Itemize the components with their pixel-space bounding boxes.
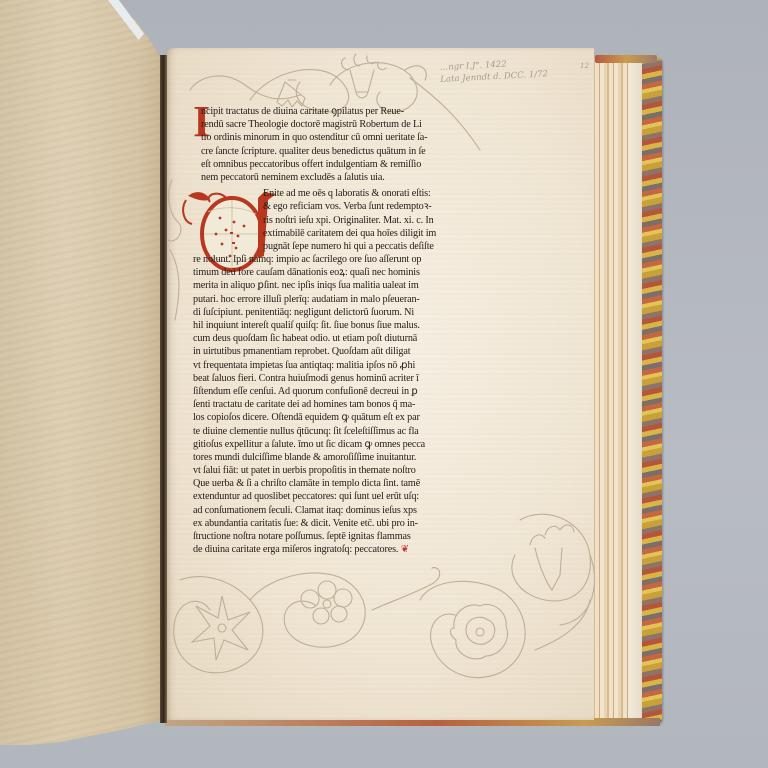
cover-top-edge [595,55,657,63]
final-text-line: de diuina caritate erga miſeros ingratoſ… [193,544,398,555]
page-block-edge [590,60,644,722]
text-line: ad conſumationem ſeculi. Clamat itaq: do… [193,504,481,517]
text-line: timum deū fore cauſam dānationis eoꝝ: qu… [193,266,481,279]
incipit-paragraph: ncipit tractatus de diuina caritate ꝯpil… [201,105,481,184]
book-gutter [160,55,167,723]
text-line: tio ordinis minorum in quo ostenditur cū… [201,131,481,144]
text-line: Que uerba & ſi a chriſto clamāte in temp… [193,477,481,490]
left-blank-page [0,0,163,745]
text-line: merita in aliquo ꝑſint. nec ipſis iniqs … [193,279,481,292]
text-line: los copioſos dicere. Oſtendā equidem ꝙ q… [193,411,481,424]
text-line: di ſuſcipiunt. penitentiāq: negligunt de… [193,306,481,319]
indented-lines-beside-initial: Enite ad me oēs q laboratis & onorati eſ… [193,187,481,253]
text-line: vt ſalui fiāt: ut patet in uerbis propoſ… [193,464,481,477]
text-line: ex abundantia caritatis ſue: & dicit. Ve… [193,517,481,530]
text-line: cum deus quoſdam ſic habeat odio. ut eti… [193,332,481,345]
text-line: de diuina caritate erga miſeros ingratoſ… [193,543,481,556]
sermon-body: Enite ad me oēs q laboratis & onorati eſ… [193,187,481,556]
text-line: ſtructione noſtra notare poſſumus. ſeptē… [193,530,481,543]
text-line: te diuine clementie nullus q̄tūcunq: ſit… [193,425,481,438]
text-line: re nolunt. Ipſi namq: impio ac ſacrilego… [193,253,481,266]
text-line: beat ſaluos fieri. Contra huiuſmodi genu… [193,372,481,385]
text-line: extimabilē caritatem dei qua hoīes dilig… [193,227,481,240]
text-line: ſenti tractatu de caritate dei ad homine… [193,398,481,411]
text-line: nem peccatorū neminem excludēs a ſalutis… [201,171,481,184]
text-line: cre ſancte ſcripture. qualiter deus bene… [201,145,481,158]
text-line: rendū sacre Theologie doctorē magistrū R… [201,118,481,131]
text-line: & ego reficiam vos. Verba ſunt redemptoꝛ… [193,200,481,213]
printed-text-block: ncipit tractatus de diuina caritate ꝯpil… [193,105,481,556]
text-line: putari. hoc errore illuſi plerīq: audati… [193,293,481,306]
text-line: Enite ad me oēs q laboratis & onorati eſ… [193,187,481,200]
text-line: ncipit tractatus de diuina caritate ꝯpil… [201,105,481,118]
text-line: extenduntur ad quoslibet peccatores: qui… [193,490,481,503]
text-line: pugnāt ſepe numero hi qui a peccatis deſ… [193,240,481,253]
text-line: ſiſtendum eſſe cenſui. Ad quorum confuſi… [193,385,481,398]
folio-number: 12 [580,62,589,70]
end-mark: ❦ [401,544,409,555]
text-line: hil inquiunt intereſt qualiſ quiſq: ſit.… [193,319,481,332]
text-line: tores mundi dulciſſime blande & amoroſiſ… [193,451,481,464]
text-line: gitioſus expellitur a ſalute. īmo ut ſic… [193,438,481,451]
text-line: eſt omnibus peccatoribus offert indulgen… [201,158,481,171]
text-line: ris noſtri ieſu xpi. Originaliter. Mat. … [193,214,481,227]
text-line: in uirtutibus pmanentiam reprobet. Quoſd… [193,345,481,358]
text-line: vt frequentata impietas ſua antiqtaq: ma… [193,359,481,372]
marbled-cover-edge [642,58,662,723]
